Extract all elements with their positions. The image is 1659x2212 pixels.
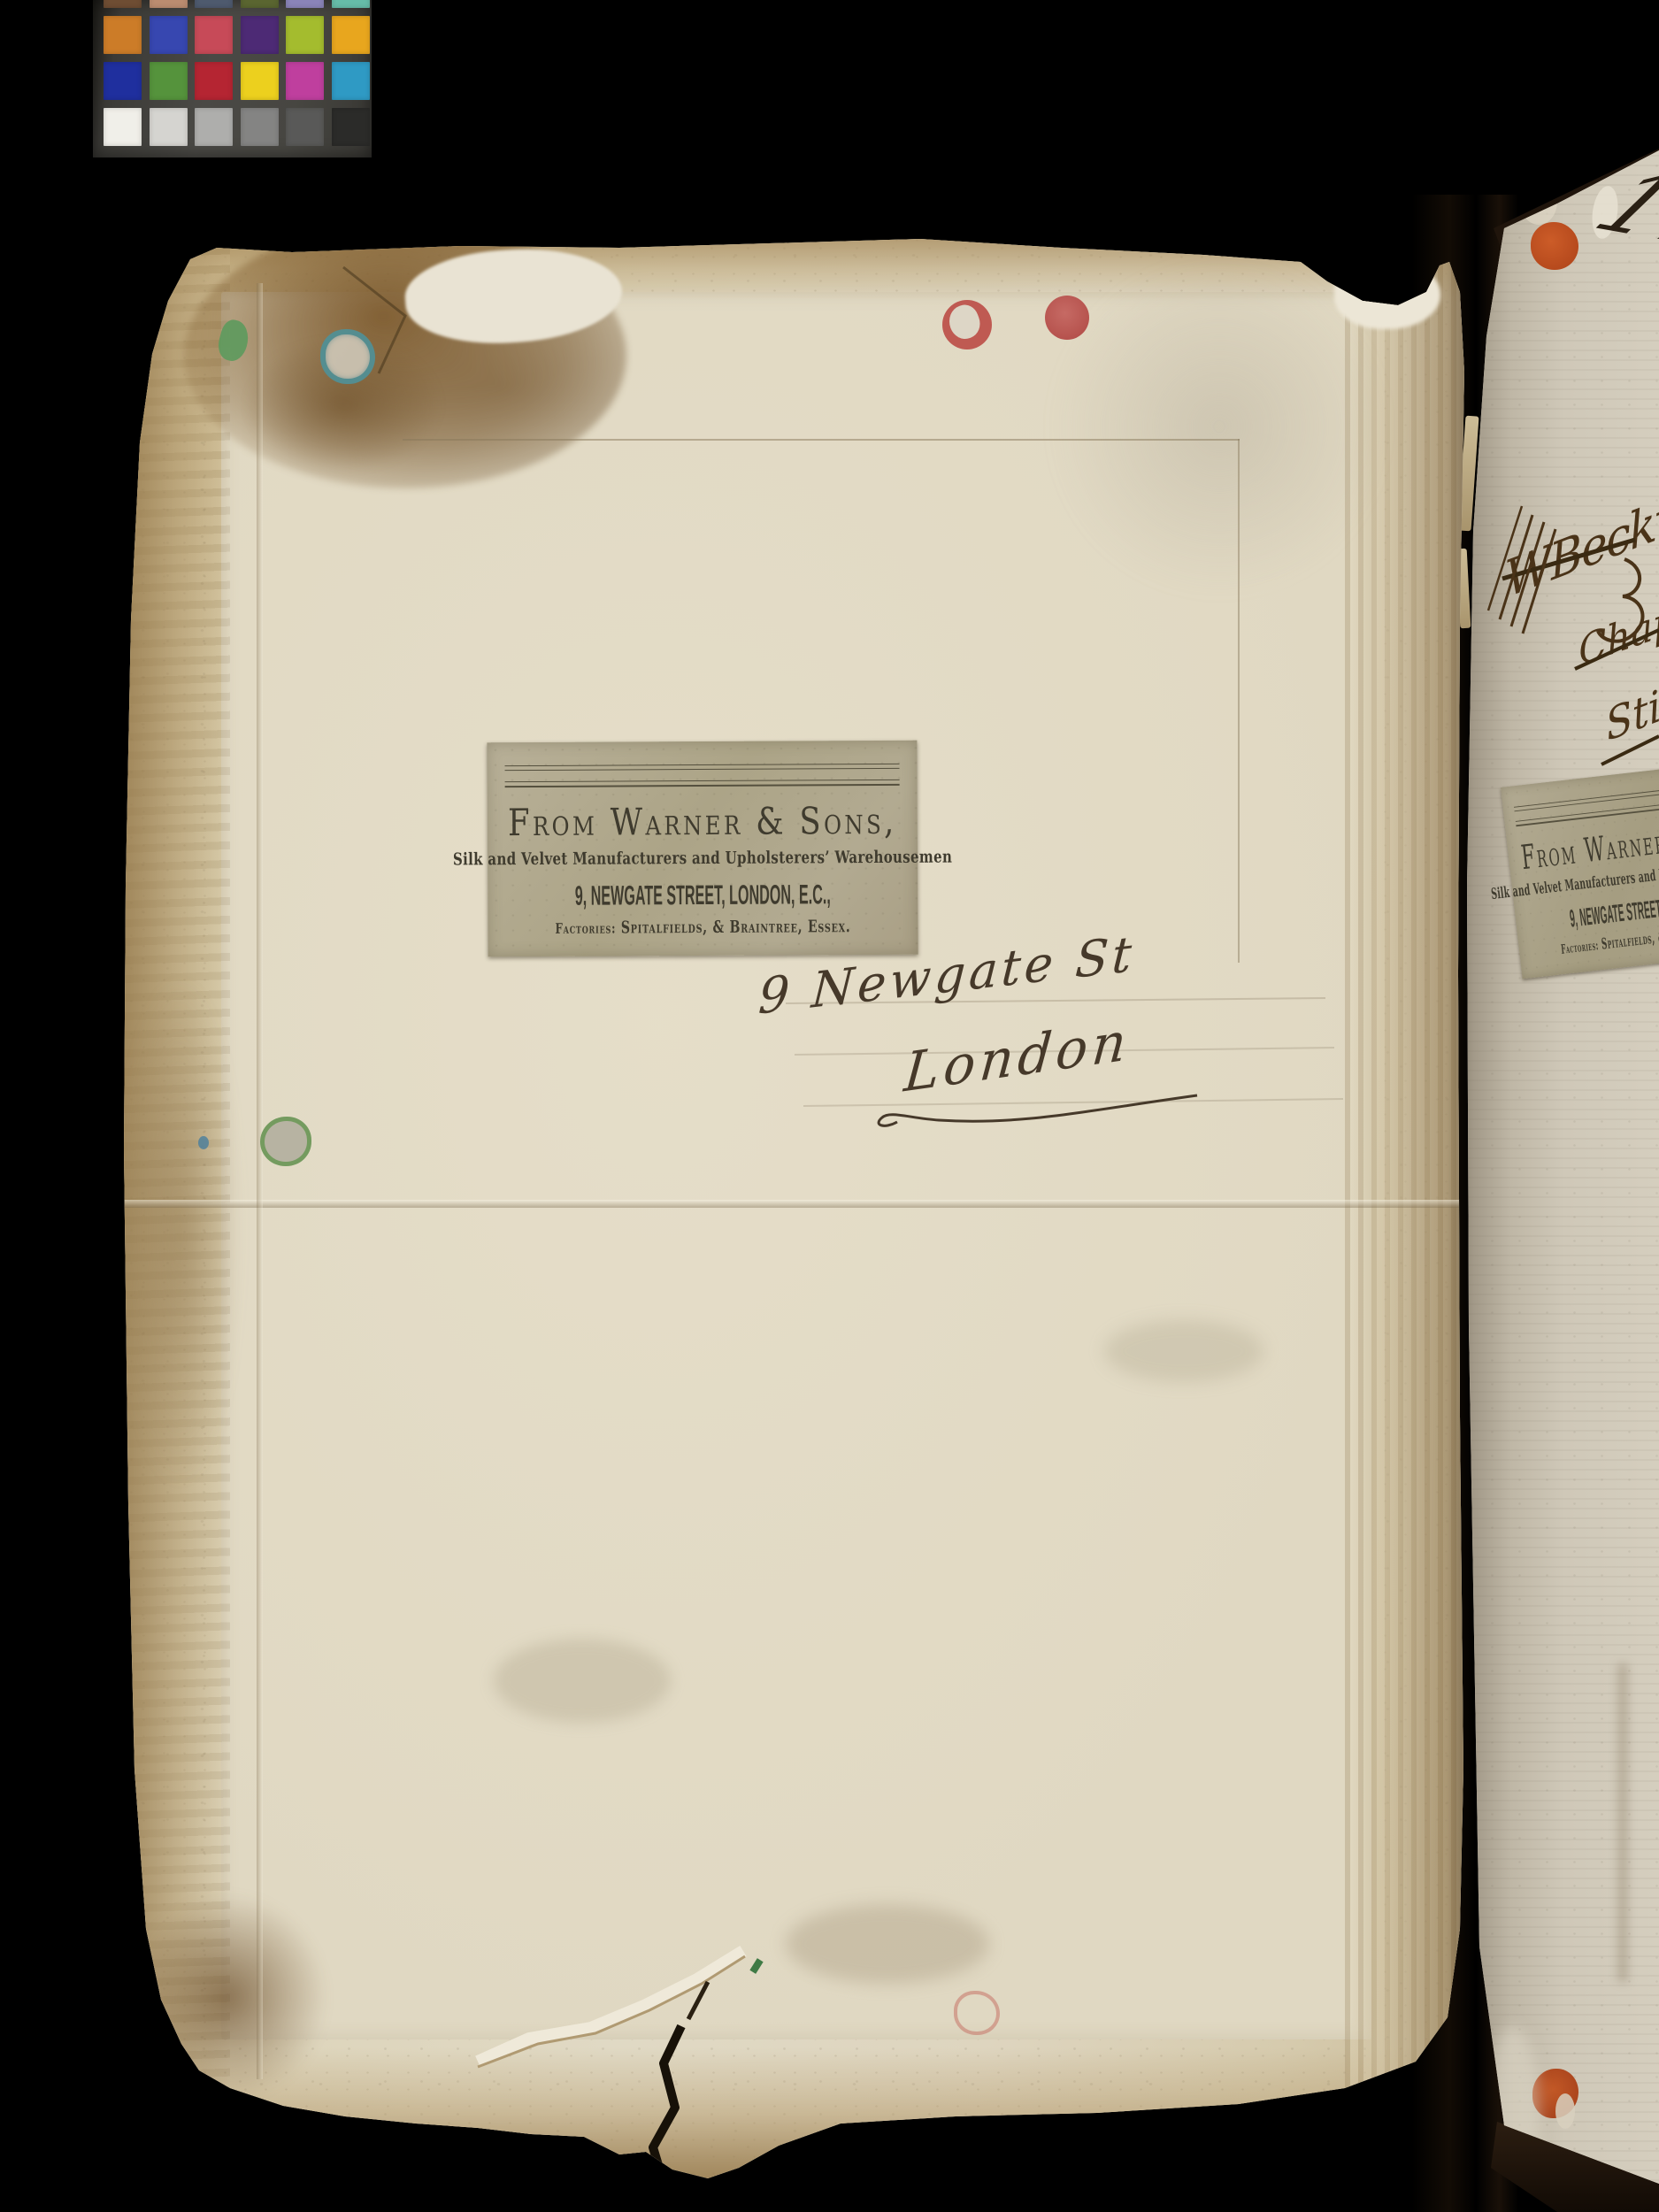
color-swatch — [195, 108, 233, 146]
color-swatch — [332, 0, 370, 8]
label-factories-prefix: Factories: — [1560, 938, 1599, 957]
warner-sons-label: From Warner & Sons, Silk and Velvet Manu… — [1501, 757, 1659, 979]
color-swatch — [104, 16, 142, 54]
crossed-out-word: Sti — [1603, 681, 1659, 752]
label-address: 9, NEWGATE STREET, LONDON, E.C., — [1569, 887, 1659, 933]
stain-blob — [131, 1895, 326, 2099]
crossed-out-word: Chapel — [1577, 584, 1659, 675]
crossed-out-signature: WBeckwith — [1503, 459, 1659, 610]
color-swatch — [286, 0, 324, 8]
color-swatch — [195, 62, 233, 100]
color-swatch — [150, 0, 188, 8]
label-factories-prefix: Factories: — [555, 920, 616, 937]
color-swatch — [241, 108, 279, 146]
color-swatch — [332, 62, 370, 100]
green-ring-mark — [260, 1117, 311, 1166]
smudge — [494, 1639, 671, 1723]
color-swatch — [241, 62, 279, 100]
smudge — [1104, 1320, 1263, 1382]
vertical-crease — [257, 283, 263, 2079]
label-factories: Factories: Spitalfields, & Braintree, Es… — [555, 917, 850, 938]
color-swatch — [241, 16, 279, 54]
color-swatch — [332, 16, 370, 54]
label-title: From Warner & Sons, — [508, 799, 897, 844]
label-double-rule — [505, 780, 900, 787]
smudge — [786, 1904, 989, 1984]
color-swatch — [332, 108, 370, 146]
color-swatch — [104, 108, 142, 146]
color-swatch — [286, 108, 324, 146]
faint-red-ring — [954, 1991, 1000, 2035]
red-dot-scraped-center — [1555, 2093, 1575, 2129]
horizontal-crease — [119, 1200, 1460, 1208]
color-swatch — [195, 0, 233, 8]
label-address: 9, NEWGATE STREET, LONDON, E.C., — [575, 879, 831, 912]
right-page: 17 WBeckwith Chapel Sti From Warner & So… — [1451, 106, 1659, 2212]
color-swatch — [104, 0, 142, 8]
label-factories-rest: Spitalfields, & Braintree, Essex. — [616, 917, 850, 937]
red-dot — [1531, 222, 1578, 270]
color-swatch — [286, 62, 324, 100]
stain-blob — [122, 984, 237, 1479]
color-swatch — [104, 62, 142, 100]
ghost-sheet-edge — [1238, 439, 1240, 963]
red-dot — [1045, 296, 1089, 340]
color-swatch — [286, 16, 324, 54]
photo-stage: From Warner & Sons, Silk and Velvet Manu… — [0, 0, 1659, 2212]
cover-turnin-bottom — [113, 2047, 1467, 2178]
ghost-sheet-edge — [403, 439, 1240, 441]
color-calibration-chart — [93, 0, 372, 157]
label-double-rule — [505, 764, 900, 771]
color-swatch — [150, 108, 188, 146]
stain-streak — [1617, 1663, 1628, 1982]
color-swatch — [241, 0, 279, 8]
teal-ring-mark — [320, 329, 375, 384]
color-swatch — [150, 16, 188, 54]
left-cover-inside: From Warner & Sons, Silk and Velvet Manu… — [113, 232, 1469, 2178]
blue-speck — [198, 1136, 209, 1149]
color-swatch — [150, 62, 188, 100]
label-subtitle: Silk and Velvet Manufacturers and Uphols… — [453, 848, 952, 870]
color-swatch — [195, 16, 233, 54]
warner-sons-label: From Warner & Sons, Silk and Velvet Manu… — [487, 741, 918, 957]
